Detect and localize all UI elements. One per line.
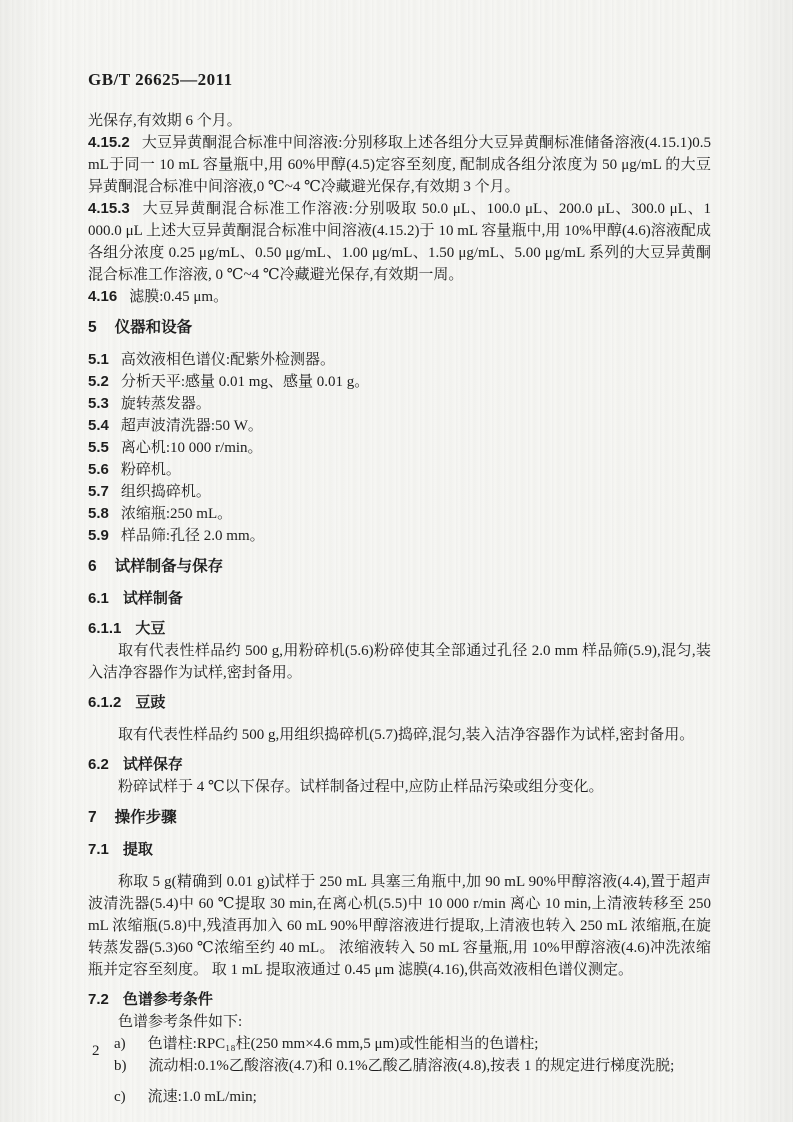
- equipment-item: 5.9样品筛:孔径 2.0 mm。: [88, 525, 711, 547]
- equipment-item: 5.6粉碎机。: [88, 459, 711, 481]
- clause-number: 4.16: [88, 288, 117, 305]
- clause-number: 5.1: [88, 351, 109, 368]
- standard-number-header: GB/T 26625—2011: [88, 70, 711, 90]
- clause-number: 5.3: [88, 395, 109, 412]
- subsection-number: 6.1.2: [88, 694, 121, 711]
- subsection-6-1-1-heading: 6.1.1大豆: [88, 618, 711, 640]
- equipment-item: 5.5离心机:10 000 r/min。: [88, 437, 711, 459]
- list-item-text: 流速:1.0 mL/min;: [148, 1086, 257, 1108]
- clause-number: 5.4: [88, 417, 109, 434]
- list-item-flow-rate: c)流速:1.0 mL/min;: [88, 1086, 711, 1108]
- list-item-label: a): [114, 1033, 126, 1055]
- subsection-title: 提取: [123, 841, 153, 858]
- subsection-title: 豆豉: [135, 694, 165, 711]
- subsection-title: 试样制备: [123, 590, 183, 607]
- clause-4-16: 4.16滤膜:0.45 μm。: [88, 286, 711, 308]
- clause-text: 大豆异黄酮混合标准中间溶液:分别移取上述各组分大豆异黄酮标准储备溶液(4.15.…: [88, 135, 711, 195]
- clause-4-15-2: 4.15.2大豆异黄酮混合标准中间溶液:分别移取上述各组分大豆异黄酮标准储备溶液…: [88, 132, 711, 198]
- clause-number: 5.9: [88, 527, 109, 544]
- equipment-item: 5.2分析天平:感量 0.01 mg、感量 0.01 g。: [88, 371, 711, 393]
- document-page: GB/T 26625—2011 光保存,有效期 6 个月。 4.15.2大豆异黄…: [0, 0, 793, 1122]
- subsection-title: 色谱参考条件: [123, 991, 213, 1008]
- list-item-text: 色谱柱:RPC₁₈柱(250 mm×4.6 mm,5 μm)或性能相当的色谱柱;: [148, 1033, 539, 1055]
- equipment-item: 5.7组织捣碎机。: [88, 481, 711, 503]
- clause-number: 5.8: [88, 505, 109, 522]
- clause-text: 高效液相色谱仪:配紫外检测器。: [121, 352, 335, 368]
- subsection-6-1-heading: 6.1试样制备: [88, 588, 711, 610]
- section-title: 操作步骤: [115, 809, 177, 826]
- clause-number: 4.15.2: [88, 134, 130, 151]
- clause-text: 滤膜:0.45 μm。: [129, 289, 228, 305]
- page-number: 2: [92, 1040, 100, 1062]
- clause-text: 样品筛:孔径 2.0 mm。: [121, 528, 265, 544]
- equipment-item: 5.8浓缩瓶:250 mL。: [88, 503, 711, 525]
- clause-text: 旋转蒸发器。: [121, 396, 211, 412]
- equipment-item: 5.4超声波清洗器:50 W。: [88, 415, 711, 437]
- clause-text: 超声波清洗器:50 W。: [121, 418, 263, 434]
- subsection-7-1-heading: 7.1提取: [88, 839, 711, 861]
- paragraph-extraction-procedure: 称取 5 g(精确到 0.01 g)试样于 250 mL 具塞三角瓶中,加 90…: [88, 871, 711, 981]
- subsection-number: 7.2: [88, 991, 109, 1008]
- paragraph-sample-storage: 粉碎试样于 4 ℃以下保存。试样制备过程中,应防止样品污染或组分变化。: [88, 776, 711, 798]
- subsection-title: 大豆: [135, 620, 165, 637]
- list-item-label: c): [114, 1086, 126, 1108]
- subsection-number: 6.1.1: [88, 620, 121, 637]
- equipment-list: 5.1高效液相色谱仪:配紫外检测器。 5.2分析天平:感量 0.01 mg、感量…: [88, 349, 711, 547]
- subsection-title: 试样保存: [123, 756, 183, 773]
- paragraph-douchi-preparation: 取有代表性样品约 500 g,用组织捣碎机(5.7)捣碎,混匀,装入洁净容器作为…: [88, 724, 711, 746]
- list-item-label: b): [114, 1055, 127, 1077]
- clause-text: 离心机:10 000 r/min。: [121, 440, 263, 456]
- list-item-text: 流动相:0.1%乙酸溶液(4.7)和 0.1%乙酸乙腈溶液(4.8),按表 1 …: [149, 1055, 675, 1077]
- clause-text: 分析天平:感量 0.01 mg、感量 0.01 g。: [121, 374, 369, 390]
- subsection-number: 6.2: [88, 756, 109, 773]
- clause-text: 粉碎机。: [121, 462, 181, 478]
- clause-number: 5.2: [88, 373, 109, 390]
- section-title: 仪器和设备: [115, 319, 193, 336]
- clause-number: 5.5: [88, 439, 109, 456]
- section-title: 试样制备与保存: [115, 558, 224, 575]
- clause-4-15-3: 4.15.3大豆异黄酮混合标准工作溶液:分别吸取 50.0 μL、100.0 μ…: [88, 198, 711, 286]
- clause-text: 组织捣碎机。: [121, 484, 211, 500]
- section-number: 6: [88, 558, 97, 575]
- clause-number: 5.6: [88, 461, 109, 478]
- paragraph-hplc-conditions-lead: 色谱参考条件如下:: [88, 1011, 711, 1033]
- clause-text: 浓缩瓶:250 mL。: [121, 506, 232, 522]
- subsection-number: 7.1: [88, 841, 109, 858]
- clause-number: 5.7: [88, 483, 109, 500]
- continuation-paragraph: 光保存,有效期 6 个月。: [88, 110, 711, 132]
- section-number: 7: [88, 809, 97, 826]
- subsection-6-2-heading: 6.2试样保存: [88, 754, 711, 776]
- equipment-item: 5.3旋转蒸发器。: [88, 393, 711, 415]
- section-6-heading: 6试样制备与保存: [88, 556, 711, 578]
- section-5-heading: 5仪器和设备: [88, 317, 711, 339]
- equipment-item: 5.1高效液相色谱仪:配紫外检测器。: [88, 349, 711, 371]
- section-7-heading: 7操作步骤: [88, 807, 711, 829]
- paragraph-soybean-preparation: 取有代表性样品约 500 g,用粉碎机(5.6)粉碎使其全部通过孔径 2.0 m…: [88, 640, 711, 684]
- list-item-mobile-phase: b)流动相:0.1%乙酸溶液(4.7)和 0.1%乙酸乙腈溶液(4.8),按表 …: [88, 1055, 711, 1077]
- subsection-7-2-heading: 7.2色谱参考条件: [88, 989, 711, 1011]
- clause-text: 大豆异黄酮混合标准工作溶液:分别吸取 50.0 μL、100.0 μL、200.…: [88, 201, 711, 283]
- subsection-number: 6.1: [88, 590, 109, 607]
- subsection-6-1-2-heading: 6.1.2豆豉: [88, 692, 711, 714]
- section-number: 5: [88, 319, 97, 336]
- clause-number: 4.15.3: [88, 200, 130, 217]
- page-content: GB/T 26625—2011 光保存,有效期 6 个月。 4.15.2大豆异黄…: [88, 70, 711, 1108]
- list-item-column: a)色谱柱:RPC₁₈柱(250 mm×4.6 mm,5 μm)或性能相当的色谱…: [88, 1033, 711, 1055]
